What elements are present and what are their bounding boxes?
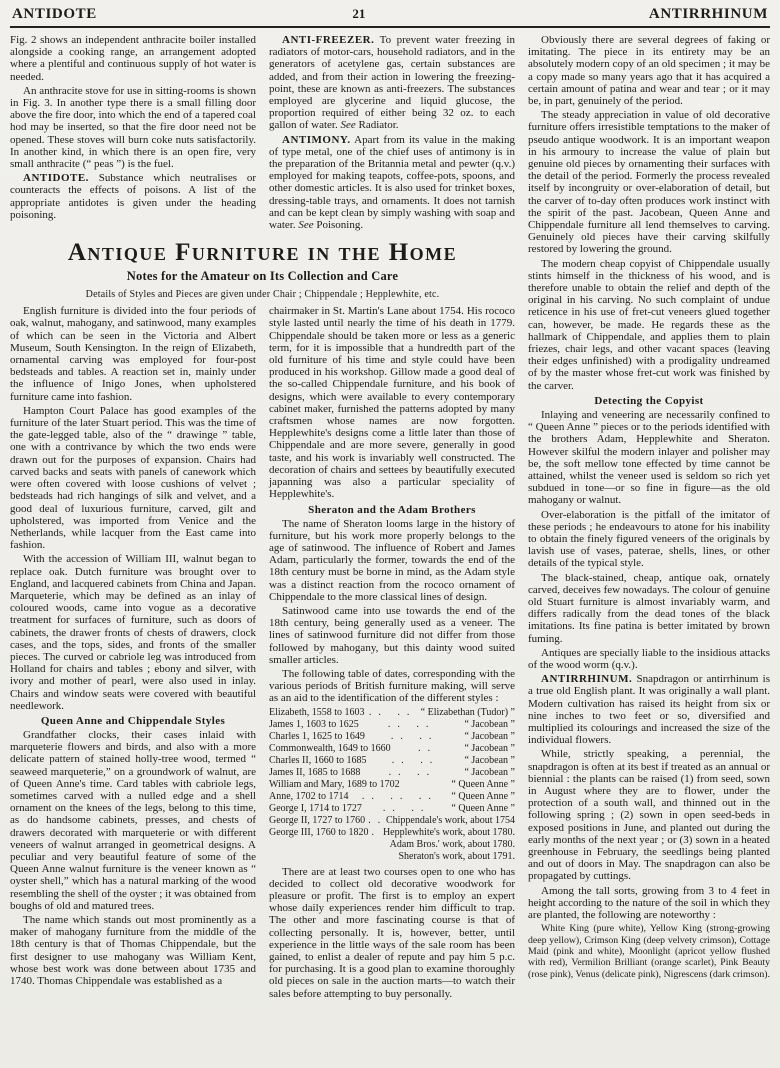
- column-anthracite: Fig. 2 shows an independent anthracite b…: [10, 34, 256, 233]
- header-rule: [10, 26, 770, 28]
- entry-antidote-headword: ANTIDOTE.: [23, 172, 89, 184]
- see-reference-target: Poisoning.: [316, 219, 363, 231]
- running-header: ANTIDOTE 21 ANTIRRHINUM: [10, 4, 770, 26]
- right-paragraph-group-1: Obviously there are several degrees of f…: [528, 34, 770, 392]
- article-column-left: English furniture is divided into the fo…: [10, 305, 256, 1002]
- entry-antimony-headword: ANTIMONY.: [282, 134, 351, 146]
- table-row: Charles II, 1660 to 1685 .. .. “ Jacobea…: [269, 755, 515, 767]
- article-title: Antique Furniture in the Home: [10, 240, 515, 265]
- subhead-queen-anne-chippendale: Queen Anne and Chippendale Styles: [10, 715, 256, 727]
- table-style: “ Queen Anne ”: [451, 803, 515, 815]
- table-row: James II, 1685 to 1688 .. .. “ Jacobean …: [269, 767, 515, 779]
- table-row: Charles 1, 1625 to 1649 .. .. “ Jacobean…: [269, 731, 515, 743]
- table-style: “ Queen Anne ”: [451, 779, 515, 791]
- page-columns: Fig. 2 shows an independent anthracite b…: [10, 34, 770, 1002]
- right-paragraph-group-3: While, strictly speaking, a perennial, t…: [528, 748, 770, 921]
- table-row: George I, 1714 to 1727 .. .. “ Queen Ann…: [269, 803, 515, 815]
- article-middle-paragraph-group: The name of Sheraton looms large in the …: [269, 518, 515, 705]
- article-subtitle: Notes for the Amateur on Its Collection …: [10, 269, 515, 284]
- table-leader-dots: ..: [369, 827, 378, 839]
- see-reference-target: Radiator.: [359, 119, 399, 131]
- entry-antimony-text: Apart from its value in the making of ty…: [269, 134, 515, 231]
- table-leader-dots: .. .. ..: [348, 791, 451, 803]
- table-period: James II, 1685 to 1688: [269, 767, 360, 779]
- header-right-title: ANTIRRHINUM: [649, 6, 768, 23]
- paragraph: Antiques are specially liable to the ins…: [528, 647, 770, 671]
- paragraph: The steady appreciation in value of old …: [528, 109, 770, 255]
- paragraph: Satinwood came into use towards the end …: [269, 605, 515, 666]
- table-leader-dots: ..: [391, 743, 465, 755]
- paragraph: Grandfather clocks, their cases inlaid w…: [10, 729, 256, 912]
- subhead-sheraton-adam: Sheraton and the Adam Brothers: [269, 504, 515, 516]
- paragraph: The modern cheap copyist of Chippendale …: [528, 258, 770, 392]
- article-heading-block: Antique Furniture in the Home Notes for …: [10, 240, 515, 300]
- subhead-detecting-the-copyist: Detecting the Copyist: [528, 395, 770, 407]
- entry-antidote: ANTIDOTE. Substance which neutralises or…: [10, 172, 256, 221]
- table-leader-dots: .. ..: [365, 731, 465, 743]
- entry-antimony: ANTIMONY. Apart from its value in the ma…: [269, 134, 515, 232]
- table-period: William and Mary, 1689 to 1702: [269, 779, 400, 791]
- table-period: George I, 1714 to 1727: [269, 803, 362, 815]
- paragraph: The black-stained, cheap, antique oak, o…: [528, 572, 770, 645]
- table-style: Chippendale's work, about 1754: [386, 815, 515, 827]
- entry-antifreezer-headword: ANTI-FREEZER.: [282, 34, 374, 46]
- right-column: Obviously there are several degrees of f…: [528, 34, 770, 1002]
- table-style: “ Elizabethan (Tudor) ”: [421, 707, 515, 719]
- table-row: Commonwealth, 1649 to 1660 .. “ Jacobean…: [269, 743, 515, 755]
- table-style: “ Jacobean ”: [464, 743, 515, 755]
- table-leader-dots: .. ..: [359, 719, 465, 731]
- table-style: “ Jacobean ”: [464, 767, 515, 779]
- table-style: “ Jacobean ”: [464, 755, 515, 767]
- table-leader-dots: ..: [365, 815, 386, 827]
- table-style: Hepplewhite's work, about 1780. Adam Bro…: [377, 827, 515, 863]
- table-leader-dots: .. ..: [360, 767, 464, 779]
- paragraph: Inlaying and veneering are necessarily c…: [528, 409, 770, 507]
- article-column-middle: chairmaker in St. Martin's Lane about 17…: [269, 305, 515, 1002]
- table-period: Anne, 1702 to 1714: [269, 791, 348, 803]
- article-columns: English furniture is divided into the fo…: [10, 305, 515, 1002]
- entry-antirrhinum: ANTIRRHINUM. Snapdragon or antirrhinum i…: [528, 673, 770, 746]
- table-row: George III, 1760 to 1820 .. Hepplewhite'…: [269, 827, 515, 863]
- top-entries-section: Fig. 2 shows an independent anthracite b…: [10, 34, 515, 233]
- table-style: “ Jacobean ”: [464, 731, 515, 743]
- paragraph: Obviously there are several degrees of f…: [528, 34, 770, 107]
- paragraph: Over-elaboration is the pitfall of the i…: [528, 509, 770, 570]
- article-cross-references: Details of Styles and Pieces are given u…: [10, 289, 515, 300]
- paragraph: The name of Sheraton looms large in the …: [269, 518, 515, 603]
- article-left-paragraph-group-1: English furniture is divided into the fo…: [10, 305, 256, 712]
- table-row: Elizabeth, 1558 to 1603 .. .. “ Elizabet…: [269, 707, 515, 719]
- table-leader-dots: .. ..: [362, 803, 452, 815]
- table-leader-dots: .. ..: [365, 707, 421, 719]
- paragraph: English furniture is divided into the fo…: [10, 305, 256, 403]
- article-left-paragraph-group-2: Grandfather clocks, their cases inlaid w…: [10, 729, 256, 987]
- table-period: James 1, 1603 to 1625: [269, 719, 359, 731]
- table-period: George II, 1727 to 1760: [269, 815, 365, 827]
- paragraph-anthracite-boiler: Fig. 2 shows an independent anthracite b…: [10, 34, 256, 83]
- table-period: Elizabeth, 1558 to 1603: [269, 707, 365, 719]
- paragraph: Among the tall sorts, growing from 3 to …: [528, 885, 770, 922]
- page-number: 21: [352, 6, 365, 22]
- table-period: Commonwealth, 1649 to 1660: [269, 743, 391, 755]
- entry-antifreezer: ANTI-FREEZER. To prevent water freezing …: [269, 34, 515, 132]
- entry-antifreezer-text: To prevent water freezing in radiators o…: [269, 34, 515, 131]
- left-two-column-block: Fig. 2 shows an independent anthracite b…: [10, 34, 515, 1002]
- table-row: William and Mary, 1689 to 1702 “ Queen A…: [269, 779, 515, 791]
- see-reference-label: See: [340, 119, 355, 131]
- paragraph: The following table of dates, correspond…: [269, 668, 515, 705]
- paragraph-chippendale-continuation: chairmaker in St. Martin's Lane about 17…: [269, 305, 515, 500]
- paragraph: The name which stands out most prominent…: [10, 914, 256, 987]
- table-row: George II, 1727 to 1760 .. Chippendale's…: [269, 815, 515, 827]
- right-paragraph-group-2: Inlaying and veneering are necessarily c…: [528, 409, 770, 671]
- paragraph: While, strictly speaking, a perennial, t…: [528, 748, 770, 882]
- paragraph-collecting-advice: There are at least two courses open to o…: [269, 866, 515, 1000]
- entry-antirrhinum-headword: ANTIRRHINUM.: [541, 673, 632, 685]
- table-period: George III, 1760 to 1820: [269, 827, 369, 839]
- table-row: James 1, 1603 to 1625 .. .. “ Jacobean ”: [269, 719, 515, 731]
- column-antifreezer-antimony: ANTI-FREEZER. To prevent water freezing …: [269, 34, 515, 233]
- table-period: Charles II, 1660 to 1685: [269, 755, 367, 767]
- paragraph: With the accession of William III, walnu…: [10, 553, 256, 712]
- table-style: “ Jacobean ”: [464, 719, 515, 731]
- table-style: “ Queen Anne ”: [451, 791, 515, 803]
- header-left-title: ANTIDOTE: [12, 6, 97, 23]
- table-leader-dots: .. ..: [367, 755, 465, 767]
- paragraph-snapdragon-varieties: White King (pure white), Yellow King (st…: [528, 923, 770, 980]
- paragraph-anthracite-stove: An anthracite stove for use in sitting-r…: [10, 85, 256, 170]
- dates-table: Elizabeth, 1558 to 1603 .. .. “ Elizabet…: [269, 707, 515, 863]
- table-row: Anne, 1702 to 1714 .. .. .. “ Queen Anne…: [269, 791, 515, 803]
- table-period: Charles 1, 1625 to 1649: [269, 731, 365, 743]
- book-page: ANTIDOTE 21 ANTIRRHINUM Fig. 2 shows an …: [0, 0, 780, 1068]
- paragraph: Hampton Court Palace has good examples o…: [10, 405, 256, 551]
- see-reference-label: See: [298, 219, 313, 231]
